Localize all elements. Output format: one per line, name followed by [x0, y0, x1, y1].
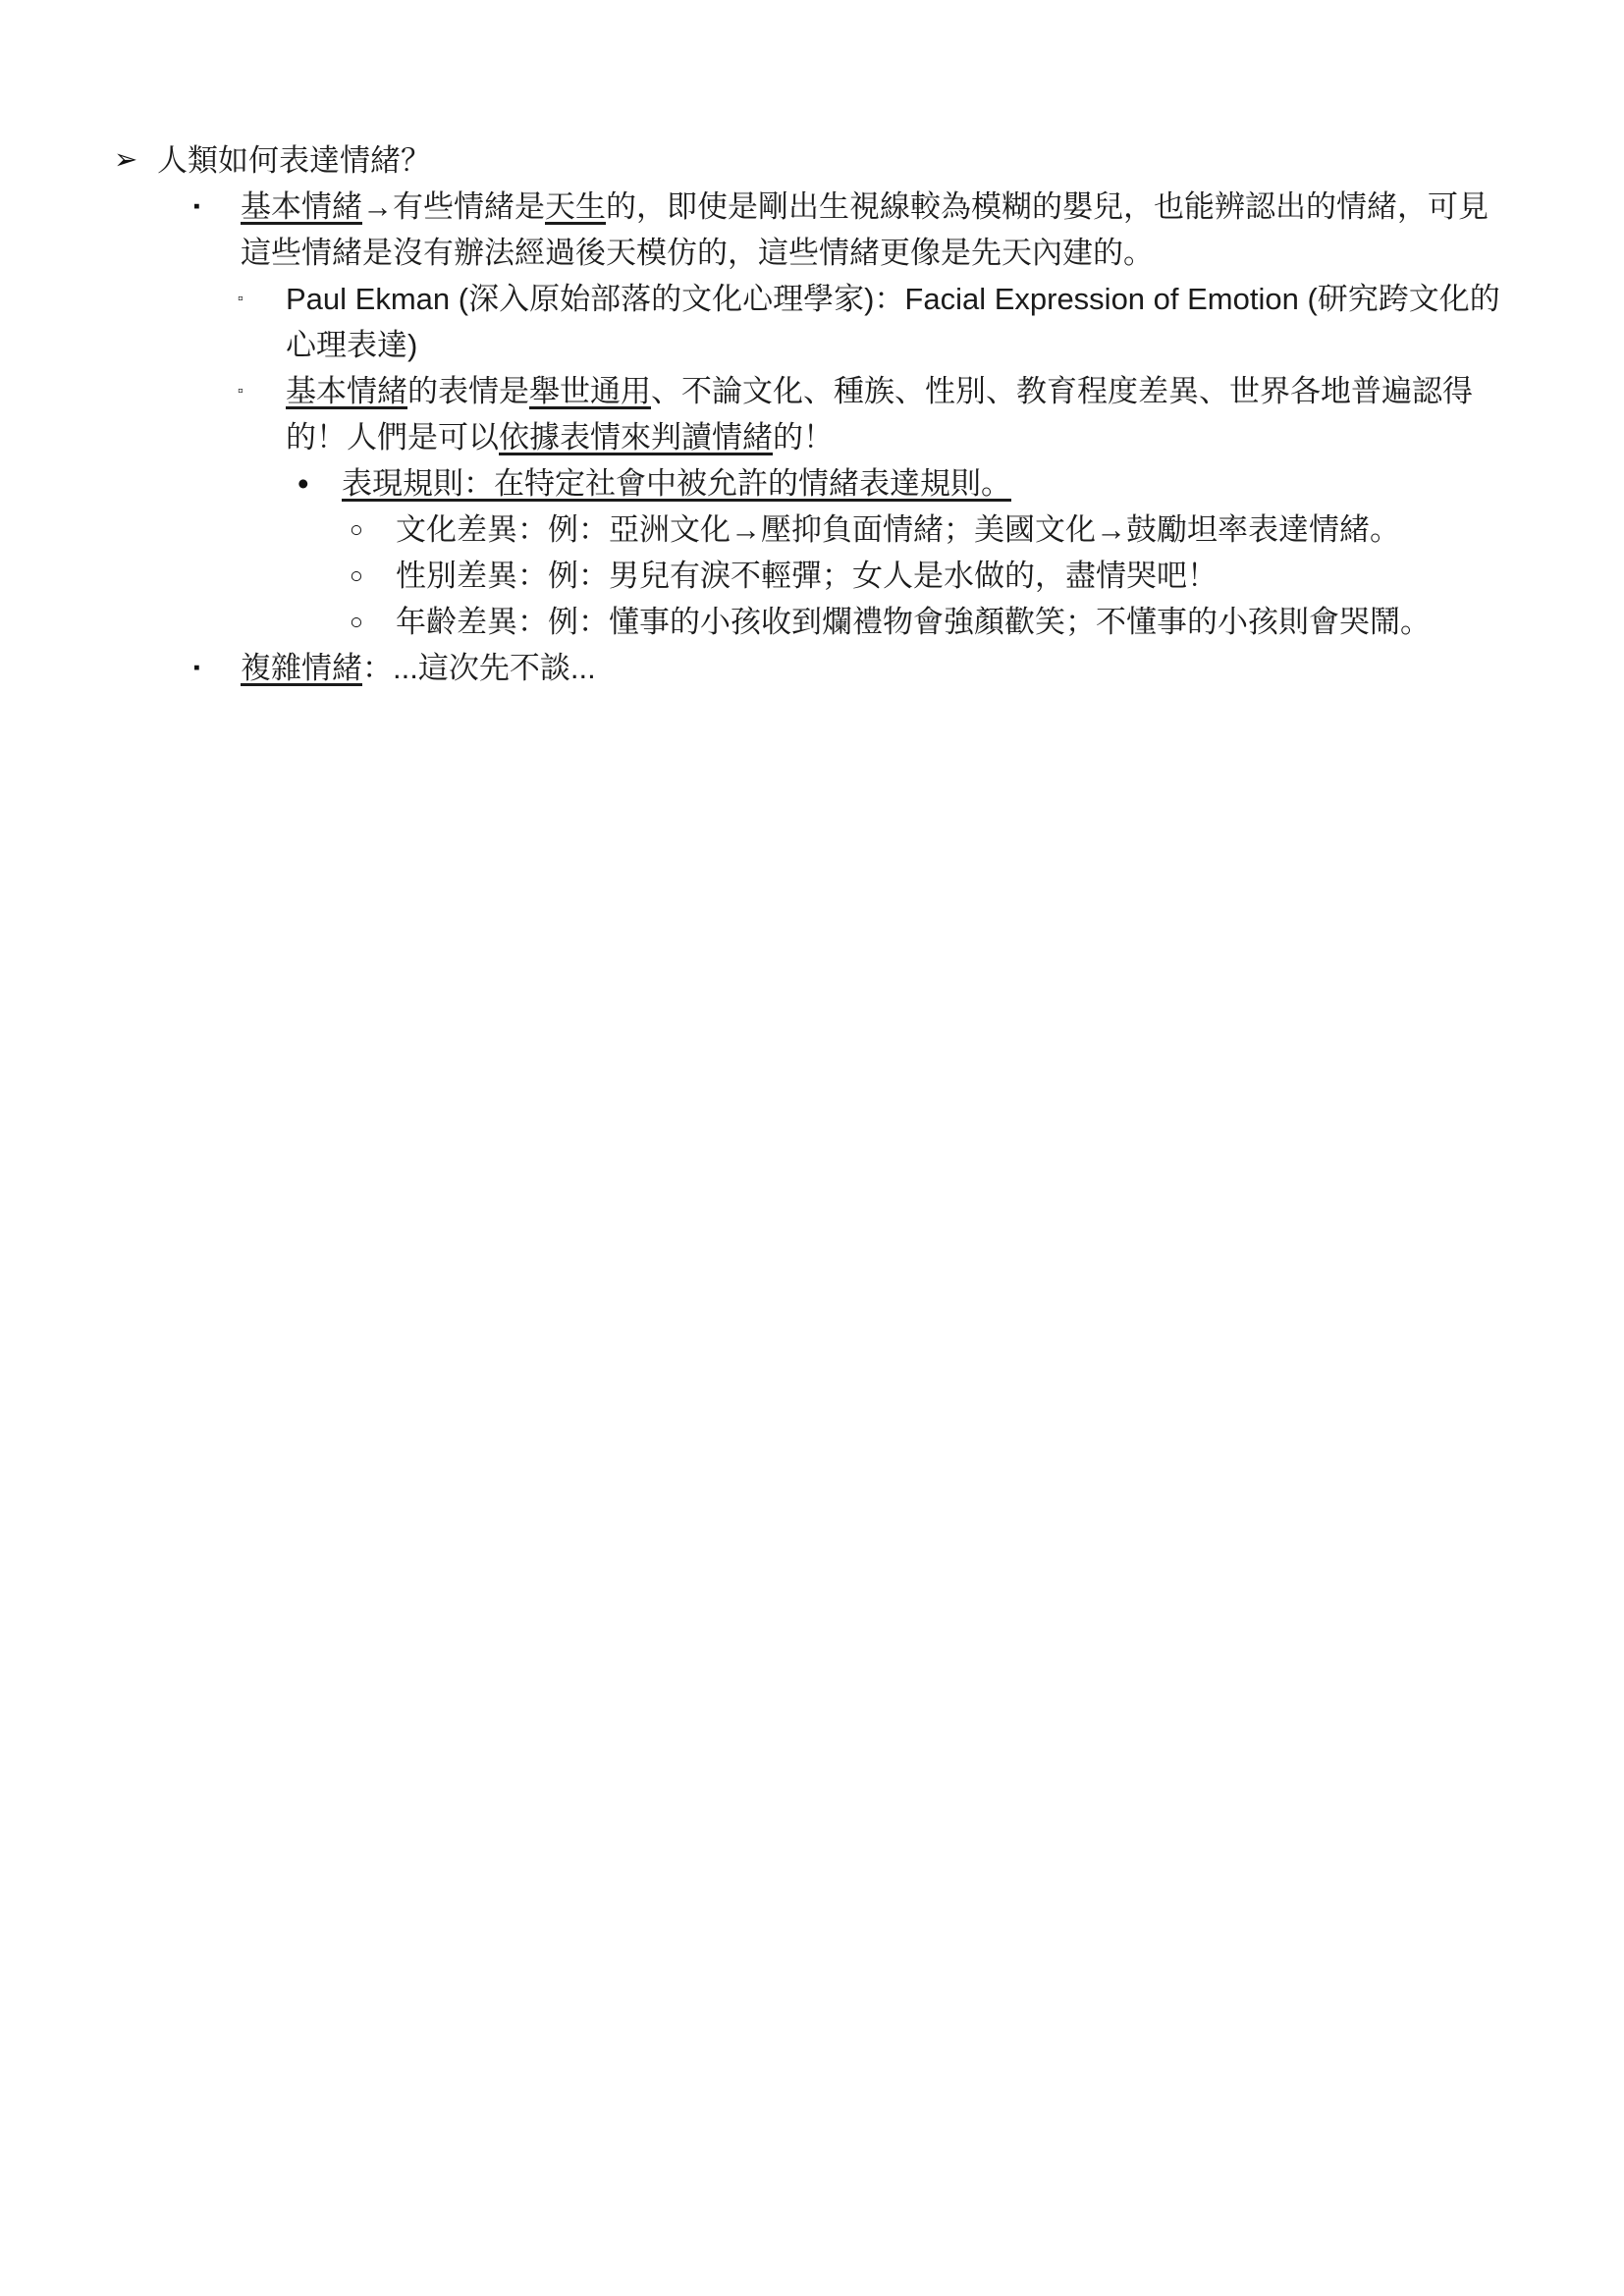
text-run: 的！	[773, 420, 834, 454]
underlined-text-run: 依據表情來判讀情緒	[499, 420, 773, 454]
square-bullet-icon: ▪	[193, 184, 200, 230]
hollow-square-bullet-icon: ▫	[238, 368, 244, 414]
list-item-text: Paul Ekman (深入原始部落的文化心理學家)：Facial Expres…	[286, 282, 1500, 362]
list-item-text: 基本情緒的表情是舉世通用、不論文化、種族、性別、教育程度差異、世界各地普遍認得的…	[286, 374, 1473, 454]
list-item-how-humans-express-emotion: ➢ 人類如何表達情緒？	[0, 137, 1624, 184]
text-run: Paul Ekman (深入原始部落的文化心理學家)：Facial Expres…	[286, 282, 1500, 362]
list-item-text: 文化差異：例：亞洲文化→壓抑負面情緒；美國文化→鼓勵坦率表達情緒。	[396, 512, 1400, 547]
underlined-text-run: 舉世通用	[529, 374, 651, 408]
underlined-text-run: 基本情緒	[241, 189, 362, 224]
dot-bullet-icon: •	[298, 460, 309, 507]
circle-bullet-icon: ○	[350, 599, 363, 645]
list-item-text: 性別差異：例：男兒有淚不輕彈；女人是水做的，盡情哭吧！	[396, 559, 1218, 593]
text-run: ：...這次先不談...	[362, 651, 596, 685]
list-item-paul-ekman: ▫ Paul Ekman (深入原始部落的文化心理學家)：Facial Expr…	[0, 276, 1624, 368]
text-run: 性別差異：例：男兒有淚不輕彈；女人是水做的，盡情哭吧！	[396, 559, 1218, 593]
underlined-text-run: 基本情緒	[286, 374, 407, 408]
text-run: 的表情是	[407, 374, 529, 408]
list-item-display-rules: • 表現規則：在特定社會中被允許的情緒表達規則。	[0, 460, 1624, 507]
circle-bullet-icon: ○	[350, 507, 363, 553]
list-item-text: 人類如何表達情緒？	[157, 143, 431, 178]
underlined-text-run: 複雜情緒	[241, 651, 362, 685]
list-item-cultural-difference: ○ 文化差異：例：亞洲文化→壓抑負面情緒；美國文化→鼓勵坦率表達情緒。	[0, 507, 1624, 553]
text-run: 文化差異：例：亞洲文化→壓抑負面情緒；美國文化→鼓勵坦率表達情緒。	[396, 512, 1400, 547]
circle-bullet-icon: ○	[350, 553, 363, 599]
list-item-complex-emotions: ▪ 複雜情緒：...這次先不談...	[0, 645, 1624, 691]
hollow-square-bullet-icon: ▫	[238, 276, 244, 322]
text-run: →有些情緒是	[362, 189, 545, 224]
underlined-text-run: 表現規則：在特定社會中被允許的情緒表達規則。	[342, 466, 1011, 501]
list-item-gender-difference: ○ 性別差異：例：男兒有淚不輕彈；女人是水做的，盡情哭吧！	[0, 553, 1624, 599]
list-item-basic-emotions: ▪ 基本情緒→有些情緒是天生的，即使是剛出生視線較為模糊的嬰兒，也能辨認出的情緒…	[0, 184, 1624, 276]
list-item-text: 表現規則：在特定社會中被允許的情緒表達規則。	[342, 466, 1011, 501]
text-run: 年齡差異：例：懂事的小孩收到爛禮物會強顏歡笑；不懂事的小孩則會哭鬧。	[396, 605, 1431, 639]
list-item-text: 年齡差異：例：懂事的小孩收到爛禮物會強顏歡笑；不懂事的小孩則會哭鬧。	[396, 605, 1431, 639]
arrow-bullet-icon: ➢	[114, 137, 137, 184]
square-bullet-icon: ▪	[193, 645, 200, 691]
list-item-text: 複雜情緒：...這次先不談...	[241, 651, 596, 685]
list-item-text: 基本情緒→有些情緒是天生的，即使是剛出生視線較為模糊的嬰兒，也能辨認出的情緒，可…	[241, 189, 1489, 270]
list-item-universal-expressions: ▫ 基本情緒的表情是舉世通用、不論文化、種族、性別、教育程度差異、世界各地普遍認…	[0, 368, 1624, 460]
document-page: ➢ 人類如何表達情緒？ ▪ 基本情緒→有些情緒是天生的，即使是剛出生視線較為模糊…	[0, 0, 1624, 2296]
underlined-text-run: 天生	[545, 189, 606, 224]
text-run: 人類如何表達情緒？	[157, 143, 431, 178]
list-item-age-difference: ○ 年齡差異：例：懂事的小孩收到爛禮物會強顏歡笑；不懂事的小孩則會哭鬧。	[0, 599, 1624, 645]
